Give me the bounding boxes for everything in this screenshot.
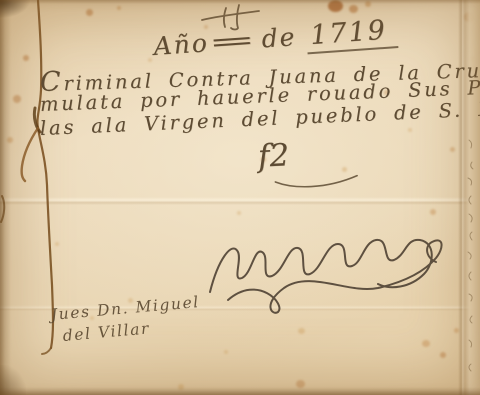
left-paper-edge xyxy=(0,0,11,395)
dark-corner-mark xyxy=(0,0,30,18)
year-value: 1719 xyxy=(305,14,398,54)
folio-mark: f2 xyxy=(257,137,290,175)
year-particle: de xyxy=(261,22,298,53)
folio-mark-text: f2 xyxy=(257,137,290,175)
horizontal-fold-crease xyxy=(0,197,480,205)
bottom-edge-shadow xyxy=(0,387,480,395)
double-dash-separator: = xyxy=(207,25,262,58)
signature-rubric-icon xyxy=(198,228,456,318)
folio-swash-icon xyxy=(273,169,364,194)
top-edge-shadow xyxy=(0,0,480,4)
judge-signature-note: Jues Dn. Miguel del Villar xyxy=(50,291,203,348)
year-prefix: Año xyxy=(153,28,210,61)
dark-corner-mark xyxy=(0,365,26,395)
manuscript-page: Año = de 1719 Criminal Contra Juana de l… xyxy=(0,0,480,395)
